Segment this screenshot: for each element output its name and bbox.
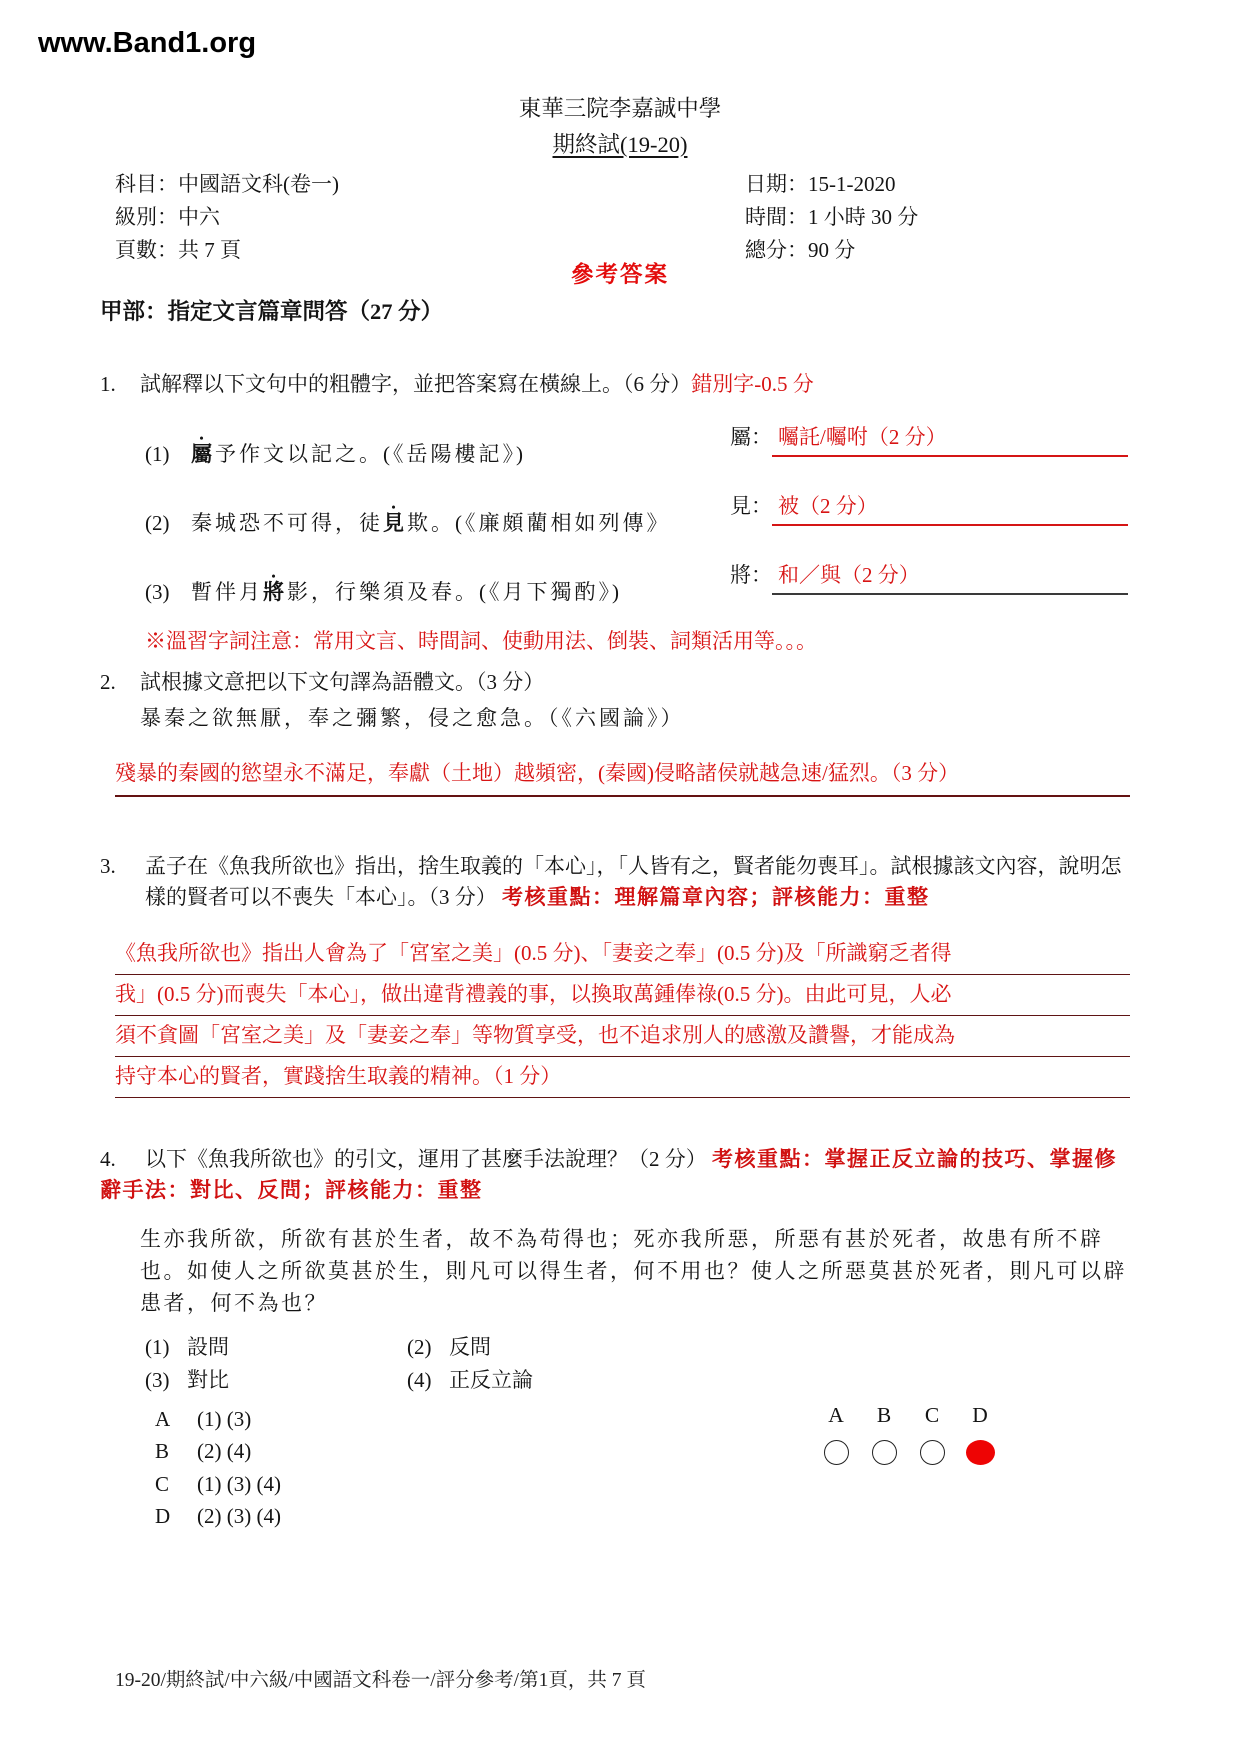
q1-item-1-sentence: (1)屬予作文以記之。(《岳陽樓記》) (145, 438, 730, 470)
question-1-items: (1)屬予作文以記之。(《岳陽樓記》) 屬： 囑託/囑咐（2 分） (2)秦城恐… (145, 438, 1128, 608)
info-level: 級別：中六 (115, 201, 339, 234)
q1-item-2: (2)秦城恐不可得，徒見欺。(《廉頗藺相如列傳》 見： 被（2 分） (145, 507, 1128, 539)
info-subject: 科目：中國語文科(卷一) (115, 168, 339, 201)
question-3-assessment-note: 考核重點：理解篇章內容；評核能力：重整 (502, 885, 930, 909)
site-watermark: www.Band1.org (38, 22, 256, 66)
answer-text: 和／與（2 分） (778, 563, 920, 587)
page-footer: 19-20/期終試/中六級/中國語文科卷一/評分參考/第1頁，共 7 頁 (115, 1666, 646, 1695)
q1-item-3-answer: 將： 和／與（2 分） (730, 560, 1128, 596)
q1-item-1: (1)屬予作文以記之。(《岳陽樓記》) 屬： 囑託/囑咐（2 分） (145, 438, 1128, 470)
info-pages: 頁數：共 7 頁 (115, 234, 339, 267)
question-2-answer: 殘暴的秦國的慾望永不滿足，奉獻（土地）越頻密，(秦國)侵略諸侯就越急速/猛烈。（… (115, 758, 1130, 797)
option-b-radio[interactable] (872, 1440, 897, 1465)
school-name: 東華三院李嘉誠中學 (0, 92, 1240, 126)
question-2-heading: 2.試根據文意把以下文句譯為語體文。（3 分） (100, 667, 1128, 699)
question-1-penalty-note: 錯別字-0.5 分 (691, 372, 814, 396)
info-duration: 時間：1 小時 30 分 (745, 201, 918, 234)
question-3-answer: 《魚我所欲也》指出人會為了「宮室之美」(0.5 分)、「妻妾之奉」(0.5 分)… (115, 934, 1130, 1098)
section-heading: 甲部：指定文言篇章問答（27 分） (100, 295, 1240, 329)
question-3: 3.孟子在《魚我所欲也》指出，捨生取義的「本心」，「人皆有之，賢者能勿喪耳」。試… (100, 851, 1128, 914)
question-2-number: 2. (100, 667, 140, 699)
question-1-number: 1. (100, 369, 140, 401)
q1-review-note: ※溫習字詞注意：常用文言、時間詞、使動用法、倒裝、詞類活用等。。。 (145, 626, 1240, 658)
info-date: 日期：15-1-2020 (745, 168, 918, 201)
mcq-answer-bubbles: A B C D (812, 1399, 1004, 1466)
choice-d: D(2) (3) (4) (155, 1500, 1240, 1533)
choice-c: C(1) (3) (4) (155, 1468, 1240, 1501)
bubble-col-a: A (812, 1399, 860, 1466)
choice-b: B(2) (4) (155, 1435, 1240, 1468)
exam-title: 期終試(19-20) (0, 128, 1240, 162)
q1-item-2-answer: 見： 被（2 分） (730, 491, 1128, 527)
option-c-radio[interactable] (920, 1440, 945, 1465)
bubble-col-c: C (908, 1399, 956, 1466)
exam-answer-key-page: www.Band1.org 東華三院李嘉誠中學 期終試(19-20) 科目：中國… (0, 0, 1240, 1754)
answer-line-3: 須不貪圖「宮室之美」及「妻妾之奉」等物質享受，也不追求別人的感激及讚譽，才能成為 (115, 1016, 1130, 1057)
answer-blank-line: 和／與（2 分） (772, 560, 1128, 596)
question-4-text: 4.以下《魚我所欲也》的引文，運用了甚麼手法說理？（2 分） 考核重點：掌握正反… (100, 1144, 1128, 1207)
info-total-marks: 總分：90 分 (745, 234, 918, 267)
emphasized-char: 屬 (191, 442, 215, 466)
bubble-col-b: B (860, 1399, 908, 1466)
q1-item-1-answer: 屬： 囑託/囑咐（2 分） (730, 422, 1128, 458)
exam-info-block: 科目：中國語文科(卷一) 級別：中六 頁數：共 7 頁 日期：15-1-2020… (0, 168, 1240, 268)
option-3: (3)對比 (145, 1364, 407, 1397)
question-4-quote: 生亦我所欲，所欲有甚於生者，故不為苟得也；死亦我所惡，所惡有甚於死者，故患有所不… (140, 1223, 1135, 1319)
question-3-number: 3. (100, 851, 145, 883)
option-2: (2)反問 (407, 1331, 491, 1364)
option-4: (4)正反立論 (407, 1364, 533, 1397)
answer-blank-line: 囑託/囑咐（2 分） (772, 422, 1128, 458)
question-4: 4.以下《魚我所欲也》的引文，運用了甚麼手法說理？（2 分） 考核重點：掌握正反… (100, 1144, 1128, 1207)
question-3-text: 3.孟子在《魚我所欲也》指出，捨生取義的「本心」，「人皆有之，賢者能勿喪耳」。試… (100, 851, 1128, 914)
answer-blank-line: 被（2 分） (772, 491, 1128, 527)
answer-line-2: 我」(0.5 分)而喪失「本心」，做出違背禮義的事，以換取萬鍾俸祿(0.5 分)… (115, 975, 1130, 1016)
exam-info-right: 日期：15-1-2020 時間：1 小時 30 分 總分：90 分 (745, 168, 918, 267)
answer-line-1: 《魚我所欲也》指出人會為了「宮室之美」(0.5 分)、「妻妾之奉」(0.5 分)… (115, 934, 1130, 975)
option-d-radio-selected[interactable] (966, 1440, 995, 1465)
q1-item-3-sentence: (3)暫伴月將影，行樂須及春。(《月下獨酌》) (145, 576, 730, 608)
answer-text: 被（2 分） (778, 494, 878, 518)
q1-item-2-sentence: (2)秦城恐不可得，徒見欺。(《廉頗藺相如列傳》 (145, 507, 730, 539)
answer-line-4: 持守本心的賢者，實踐捨生取義的精神。（1 分） (115, 1057, 1130, 1098)
q1-item-3: (3)暫伴月將影，行樂須及春。(《月下獨酌》) 將： 和／與（2 分） (145, 576, 1128, 608)
question-1-heading: 1.試解釋以下文句中的粗體字，並把答案寫在橫線上。（6 分）錯別字-0.5 分 (100, 369, 1128, 401)
emphasized-char: 將 (263, 580, 287, 604)
question-4-choices: A(1) (3) B(2) (4) C(1) (3) (4) D(2) (3) … (155, 1403, 1240, 1533)
question-4-number: 4. (100, 1144, 145, 1176)
exam-info-left: 科目：中國語文科(卷一) 級別：中六 頁數：共 7 頁 (115, 168, 339, 267)
option-1: (1)設問 (145, 1331, 407, 1364)
choice-a: A(1) (3) (155, 1403, 1240, 1436)
option-a-radio[interactable] (824, 1440, 849, 1465)
emphasized-char: 見 (383, 511, 407, 535)
bubble-col-d: D (956, 1399, 1004, 1466)
question-2-quote: 暴秦之欲無厭，奉之彌繁，侵之愈急。（《六國論》） (140, 703, 1128, 735)
question-4-options: (1)設問 (2)反問 (3)對比 (4)正反立論 (145, 1331, 1240, 1397)
answer-text: 囑託/囑咐（2 分） (778, 425, 947, 449)
